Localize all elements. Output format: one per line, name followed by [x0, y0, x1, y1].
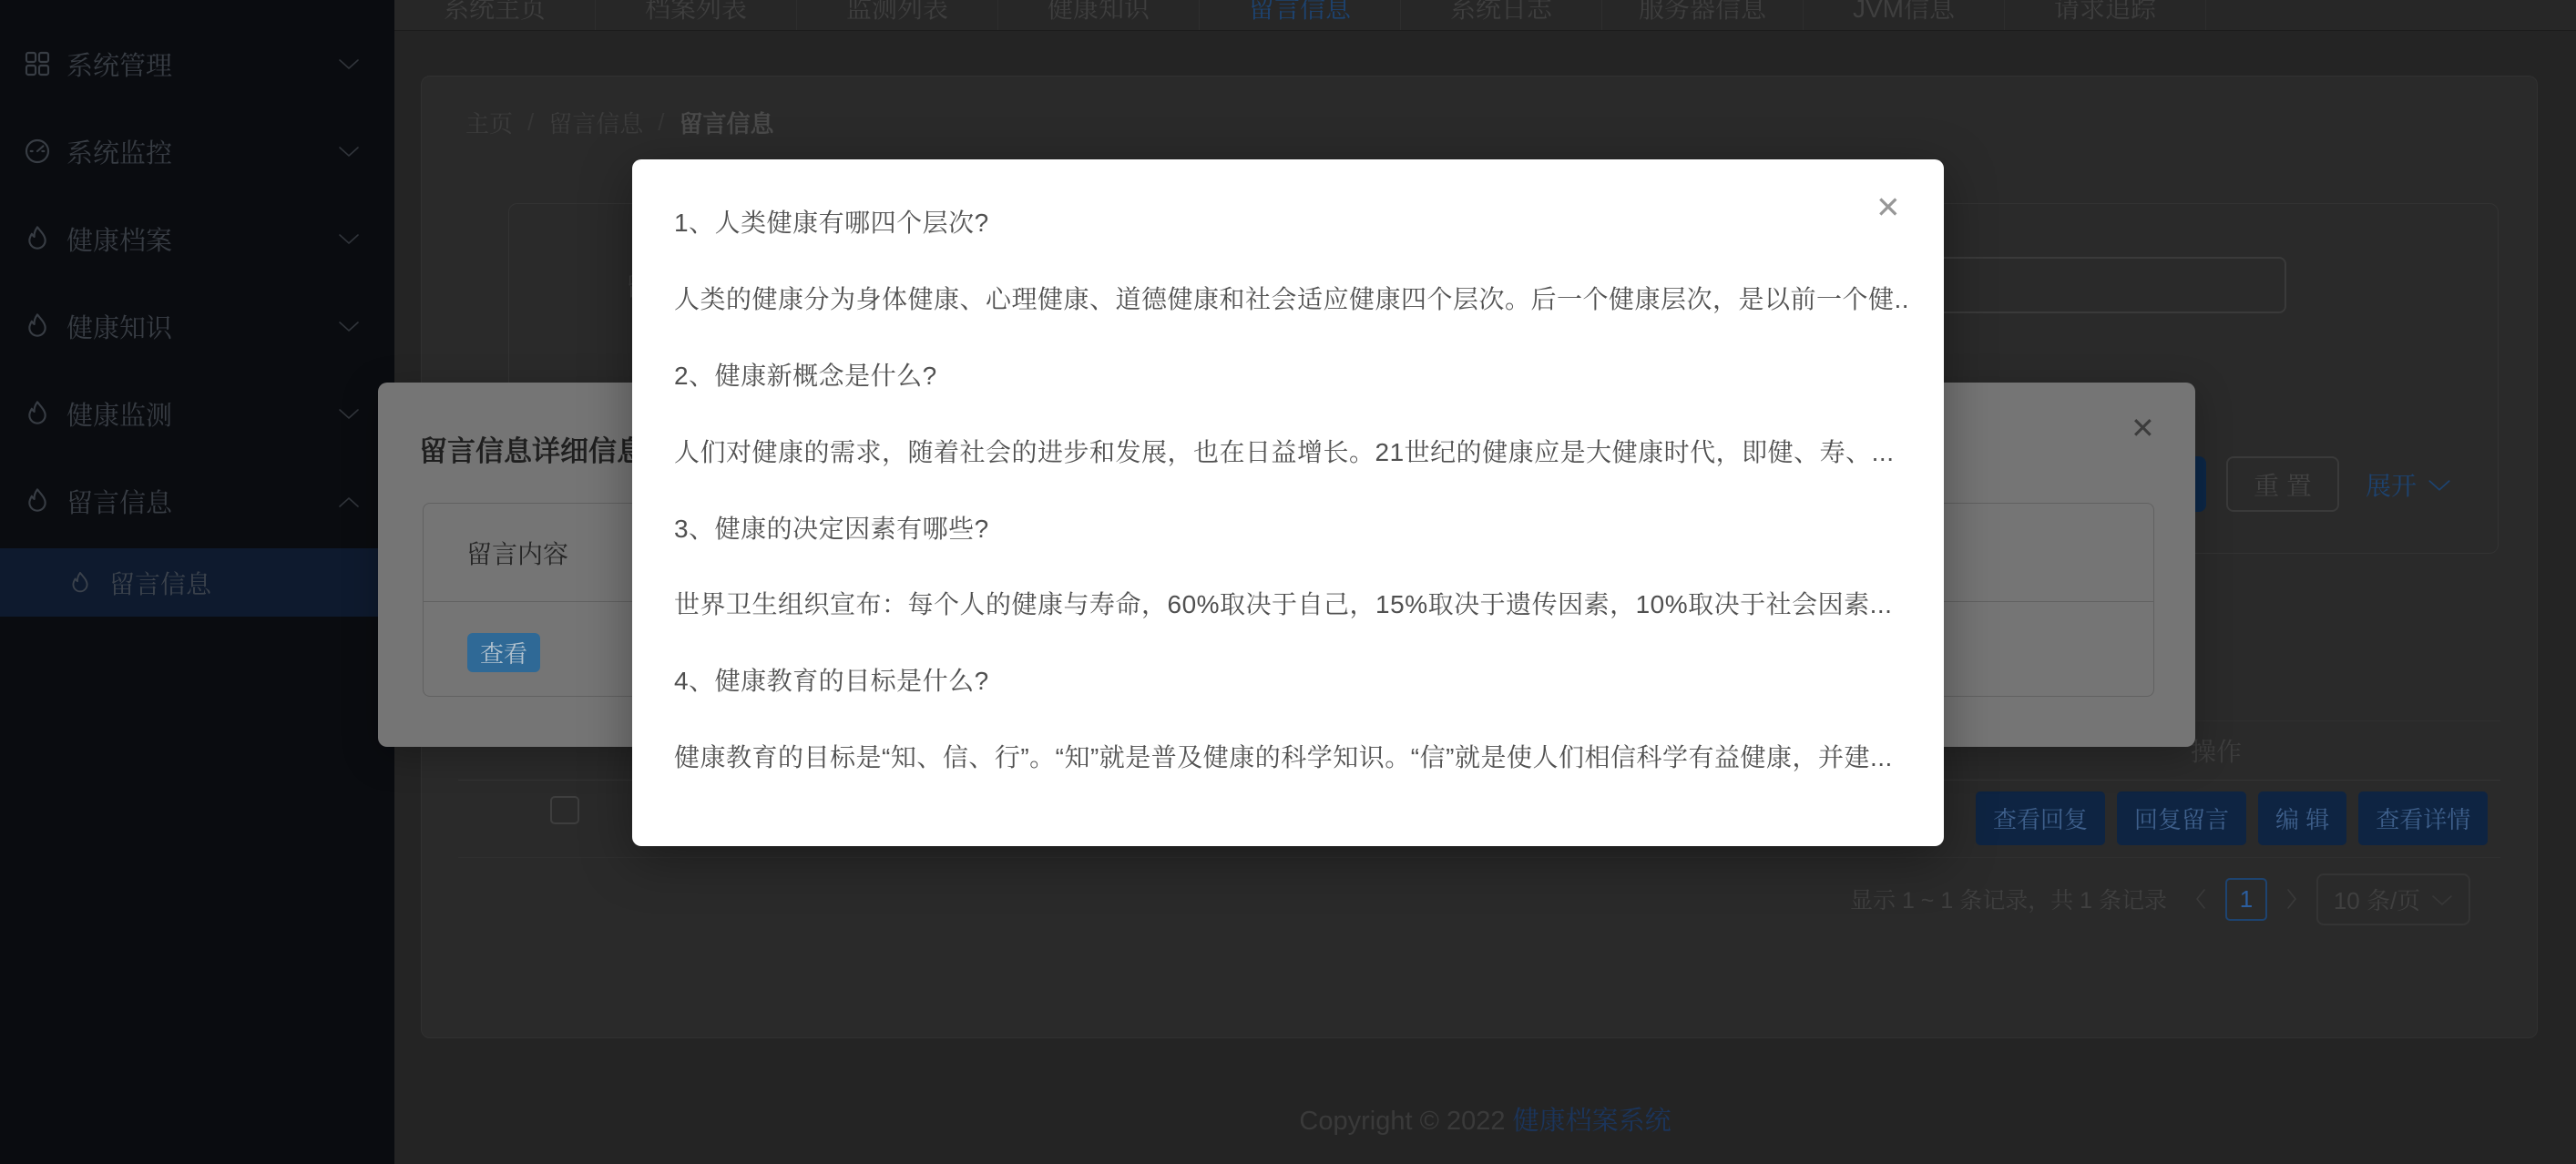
expand-label: 展开 — [2366, 466, 2417, 503]
tab-label: 监测列表 — [797, 0, 997, 27]
close-icon[interactable]: ✕ — [2131, 414, 2155, 443]
flame-icon — [23, 399, 52, 428]
tab-label: 系统日志 — [1401, 0, 1601, 27]
tab-archive-list[interactable]: 档案列表 — [596, 0, 797, 30]
sidebar-item-health-monitor[interactable]: 健康监测 — [0, 370, 394, 457]
sidebar-item-label: 健康监测 — [66, 370, 172, 457]
next-page-icon[interactable] — [2284, 887, 2300, 911]
tab-request-trace[interactable]: 请求追踪 — [2005, 0, 2206, 30]
tab-label: 系统主页 — [394, 0, 595, 27]
sidebar-item-label: 系统监控 — [66, 107, 172, 195]
chevron-down-icon — [338, 321, 360, 333]
flame-icon — [23, 486, 52, 516]
sidebar-item-label: 健康档案 — [66, 195, 172, 282]
sidebar-item-health-knowledge[interactable]: 健康知识 — [0, 282, 394, 370]
tab-label: 健康知识 — [998, 0, 1199, 27]
breadcrumb-current: 留言信息 — [680, 106, 774, 139]
flame-icon — [23, 224, 52, 253]
breadcrumb-section-link[interactable]: 留言信息 — [548, 106, 643, 139]
sidebar-subitem-message-info-active[interactable]: 留言信息 — [0, 548, 394, 617]
chevron-down-icon — [338, 408, 360, 421]
tab-label: JVM信息 — [1804, 0, 2004, 27]
footer-brand-link[interactable]: 健康档案系统 — [1513, 1107, 1671, 1136]
flame-icon — [67, 570, 93, 596]
footer-copyright: Copyright © 2022 — [1299, 1107, 1512, 1136]
tab-label: 留言信息 — [1200, 0, 1400, 27]
breadcrumb-home-link[interactable]: 主页 — [465, 106, 513, 139]
tab-server-info[interactable]: 服务器信息 — [1602, 0, 1804, 30]
app-screen: 系统主页 档案列表 监测列表 健康知识 留言信息 系统日志 服务器信息 JVM信… — [0, 0, 2576, 1164]
sidebar-subitem-label: 留言信息 — [109, 548, 211, 617]
qa-question: 2、健康新概念是什么? — [674, 336, 1911, 413]
grid-icon — [23, 49, 52, 78]
chevron-up-icon — [338, 495, 360, 508]
sidebar: 系统管理 系统监控 健康档案 — [0, 0, 394, 1164]
reset-button[interactable]: 重 置 — [2226, 456, 2339, 512]
chevron-down-icon — [2428, 479, 2451, 493]
breadcrumb: 主页 / 留言信息 / 留言信息 — [465, 104, 774, 140]
qa-answer: 世界卫生组织宣布：每个人的健康与寿命，60%取决于自己，15%取决于遗传因素，1… — [674, 565, 1911, 641]
view-detail-button[interactable]: 查看详情 — [2358, 791, 2488, 845]
footer: Copyright © 2022 健康档案系统 — [394, 1100, 2576, 1138]
view-reply-button[interactable]: 查看回复 — [1976, 791, 2105, 845]
table-row-bottom-border — [458, 857, 2500, 858]
tab-message-info-active[interactable]: 留言信息 — [1200, 0, 1401, 30]
sidebar-item-label: 系统管理 — [66, 20, 172, 107]
page-size-value: 10 条/页 — [2334, 883, 2420, 916]
tab-label: 服务器信息 — [1602, 0, 1803, 27]
detail-content-label: 留言内容 — [466, 504, 568, 601]
reply-message-button[interactable]: 回复留言 — [2117, 791, 2246, 845]
chevron-down-icon — [2431, 894, 2453, 907]
tab-jvm-info[interactable]: JVM信息 — [1804, 0, 2005, 30]
chevron-down-icon — [338, 58, 360, 71]
prev-page-icon[interactable] — [2193, 887, 2209, 911]
tab-system-home[interactable]: 系统主页 — [394, 0, 596, 30]
tab-system-log[interactable]: 系统日志 — [1401, 0, 1602, 30]
qa-content-modal: ✕ 1、人类健康有哪四个层次? 人类的健康分为身体健康、心理健康、道德健康和社会… — [632, 159, 1944, 846]
qa-modal-body: 1、人类健康有哪四个层次? 人类的健康分为身体健康、心理健康、道德健康和社会适应… — [674, 183, 1911, 822]
qa-question: 1、人类健康有哪四个层次? — [674, 183, 1911, 260]
sidebar-item-label: 留言信息 — [66, 457, 172, 545]
tab-label: 请求追踪 — [2005, 0, 2205, 27]
breadcrumb-separator: / — [658, 108, 664, 137]
sidebar-item-health-archive[interactable]: 健康档案 — [0, 195, 394, 282]
sidebar-item-message-info[interactable]: 留言信息 — [0, 457, 394, 545]
top-tab-bar: 系统主页 档案列表 监测列表 健康知识 留言信息 系统日志 服务器信息 JVM信… — [394, 0, 2576, 31]
edit-button[interactable]: 编 辑 — [2258, 791, 2346, 845]
detail-modal-title: 留言信息详细信息 — [419, 428, 645, 469]
pagination: 显示 1 ~ 1 条记录，共 1 条记录 1 10 条/页 — [1850, 872, 2470, 926]
flame-icon — [23, 311, 52, 341]
qa-answer: 健康教育的目标是“知、信、行”。“知”就是普及健康的科学知识。“信”就是使人们相… — [674, 718, 1911, 794]
chevron-down-icon — [338, 146, 360, 158]
qa-answer: 人们对健康的需求，随着社会的进步和发展，也在日益增长。21世纪的健康应是大健康时… — [674, 413, 1911, 489]
sidebar-item-system-management[interactable]: 系统管理 — [0, 20, 394, 107]
row-action-buttons: 查看回复 回复留言 编 辑 查看详情 — [1976, 791, 2488, 845]
page-size-select[interactable]: 10 条/页 — [2316, 873, 2470, 925]
tab-monitor-list[interactable]: 监测列表 — [797, 0, 998, 30]
sidebar-item-system-monitor[interactable]: 系统监控 — [0, 107, 394, 195]
page-number-button[interactable]: 1 — [2225, 878, 2267, 921]
qa-question: 3、健康的决定因素有哪些? — [674, 489, 1911, 566]
row-checkbox[interactable] — [550, 796, 579, 824]
chevron-down-icon — [338, 233, 360, 246]
qa-question: 4、健康教育的目标是什么? — [674, 641, 1911, 718]
view-button[interactable]: 查看 — [467, 633, 540, 672]
gauge-icon — [23, 137, 52, 166]
tab-health-knowledge[interactable]: 健康知识 — [998, 0, 1200, 30]
breadcrumb-separator: / — [527, 108, 534, 137]
qa-answer: 人类的健康分为身体健康、心理健康、道德健康和社会适应健康四个层次。后一个健康层次… — [674, 260, 1911, 336]
pagination-summary: 显示 1 ~ 1 条记录，共 1 条记录 — [1850, 883, 2167, 915]
sidebar-item-label: 健康知识 — [66, 282, 172, 370]
expand-link[interactable]: 展开 — [2366, 456, 2451, 512]
tab-label: 档案列表 — [596, 0, 796, 27]
